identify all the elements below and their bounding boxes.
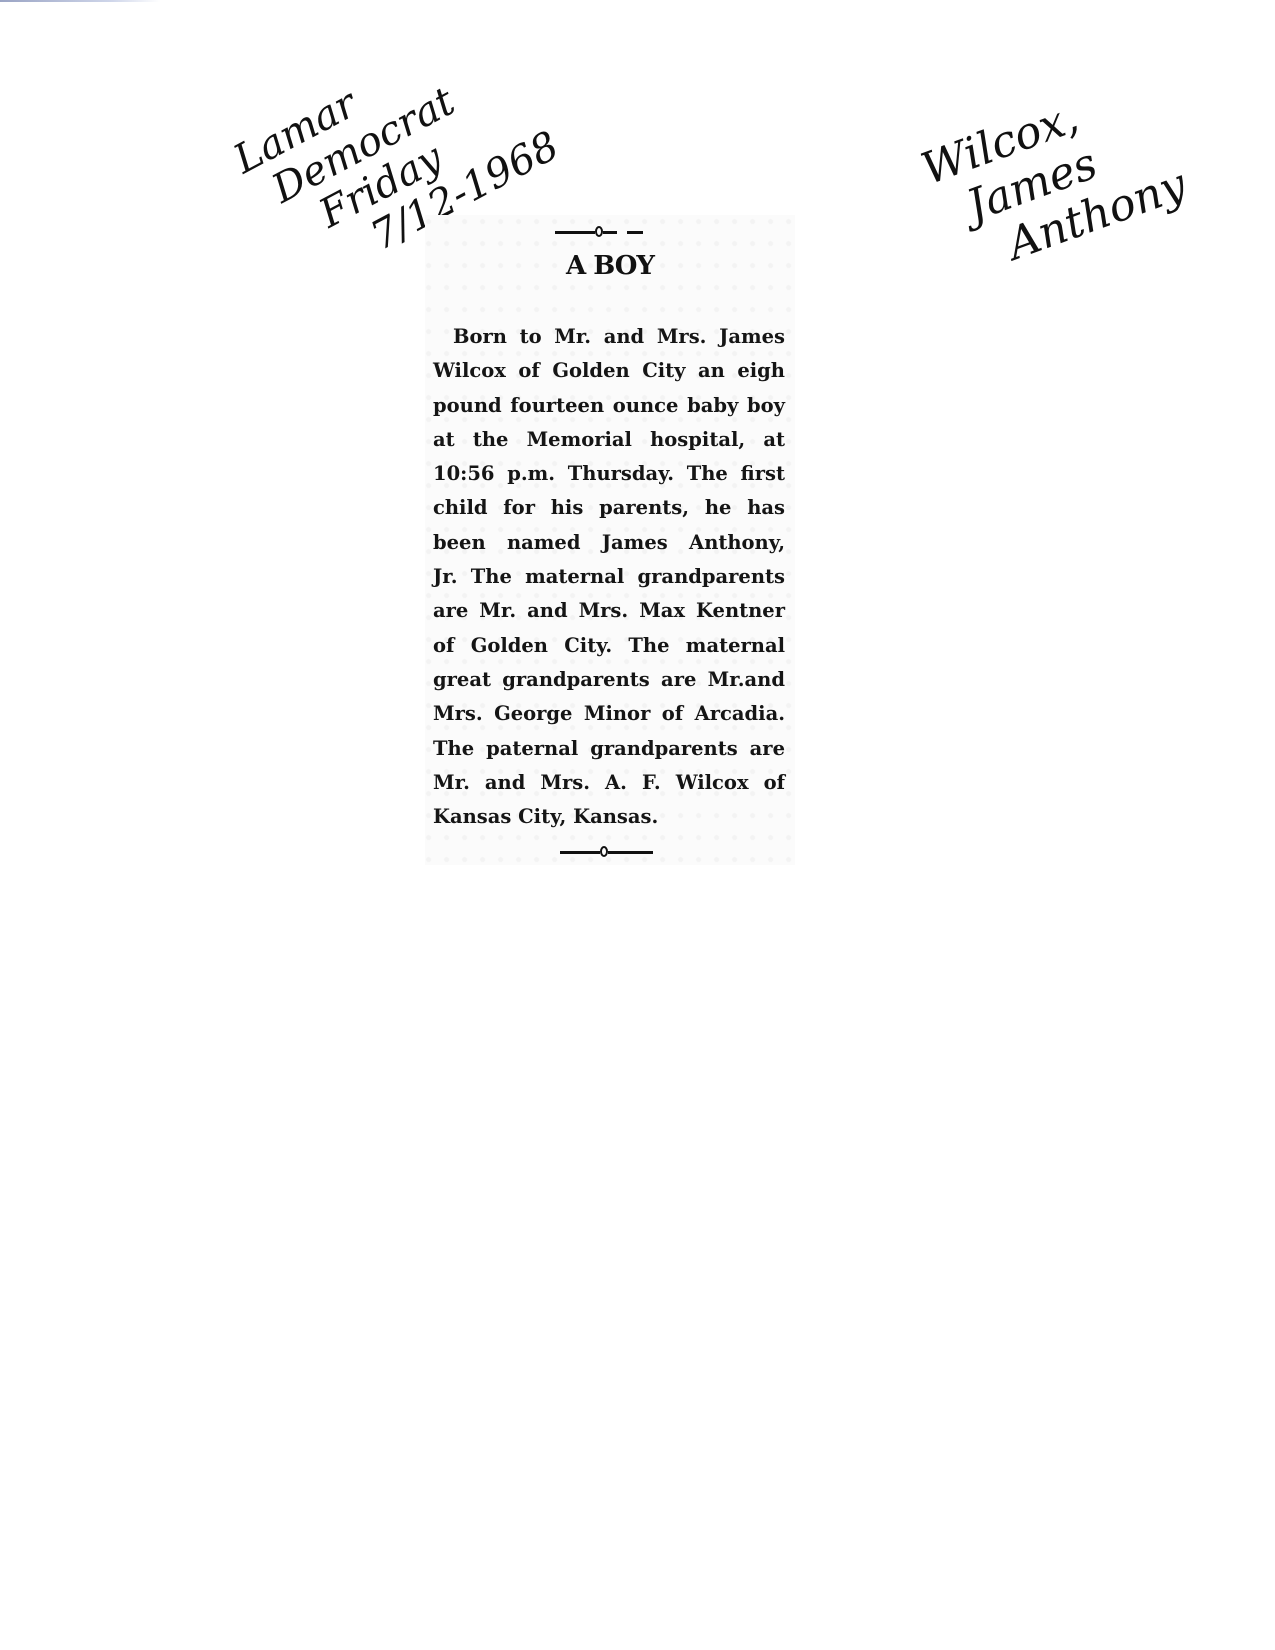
article-headline: A BOY [425, 251, 795, 281]
article-line: Jr. The maternal grandparents [433, 560, 785, 594]
article-line: The paternal grandparents are [433, 732, 785, 766]
article-line: Wilcox of Golden City an eigh [433, 354, 785, 388]
scan-edge-artifact [0, 0, 160, 2]
handwritten-name-note: Wilcox, James Anthony [905, 38, 1193, 290]
article-line: child for his parents, he has [433, 491, 785, 525]
bottom-ornament-rule [555, 845, 665, 859]
article-line: great grandparents are Mr.and [433, 663, 785, 697]
article-line: of Golden City. The maternal [433, 629, 785, 663]
newspaper-clipping: A BOY Born to Mr. and Mrs. James Wilcox … [425, 215, 795, 865]
article-body: Born to Mr. and Mrs. James Wilcox of Gol… [433, 320, 785, 834]
article-line: pound fourteen ounce baby boy [433, 389, 785, 423]
article-line: Born to Mr. and Mrs. James [433, 320, 785, 354]
article-line: Kansas City, Kansas. [433, 800, 785, 834]
top-ornament-rule [555, 225, 665, 239]
article-line: been named James Anthony, [433, 526, 785, 560]
article-line: Mrs. George Minor of Arcadia. [433, 697, 785, 731]
article-line: 10:56 p.m. Thursday. The first [433, 457, 785, 491]
article-line: at the Memorial hospital, at [433, 423, 785, 457]
article-line: are Mr. and Mrs. Max Kentner [433, 594, 785, 628]
article-line: Mr. and Mrs. A. F. Wilcox of [433, 766, 785, 800]
